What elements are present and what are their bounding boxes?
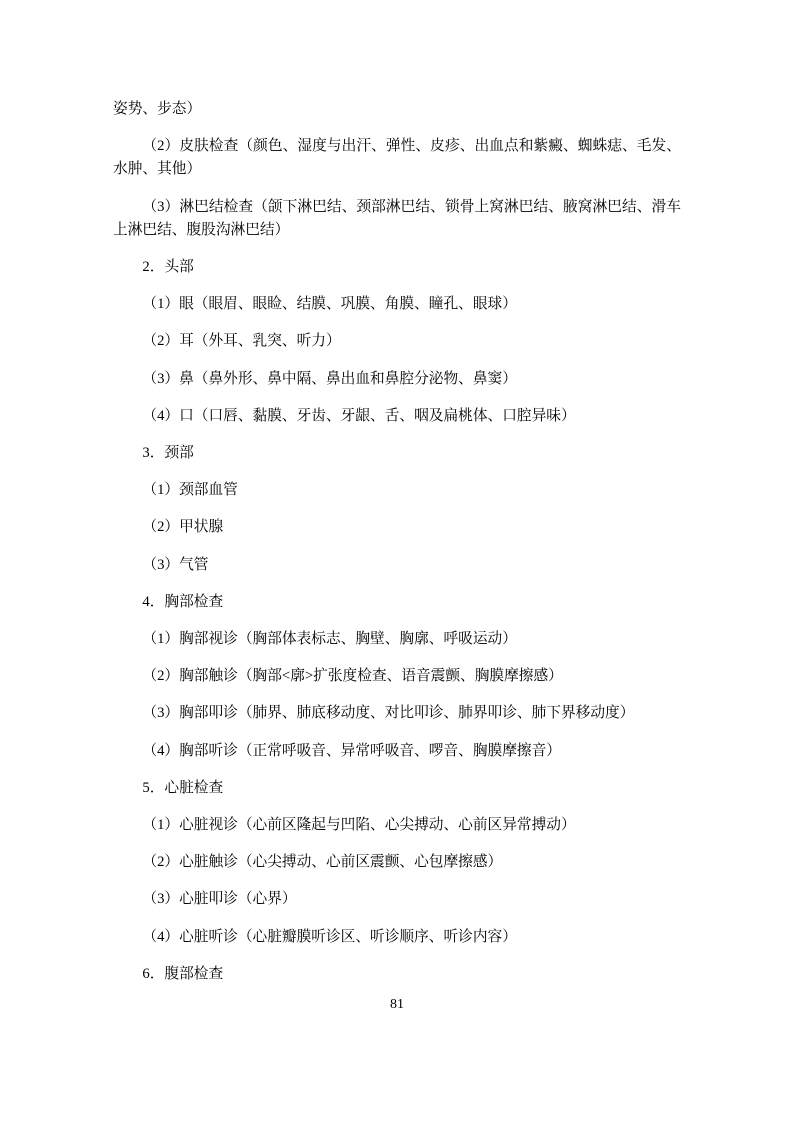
sub-item: （2）皮肤检查（颜色、湿度与出汗、弹性、皮疹、出血点和紫癜、蜘蛛痣、毛发、水肿、… <box>113 135 681 181</box>
section-heading: 4．胸部检查 <box>113 591 681 614</box>
page-footer: 81 <box>0 997 794 1013</box>
sub-item: （3）胸部叩诊（肺界、肺底移动度、对比叩诊、肺界叩诊、肺下界移动度） <box>113 702 681 725</box>
sub-item: （1）心脏视诊（心前区隆起与凹陷、心尖搏动、心前区异常搏动） <box>113 814 681 837</box>
sub-item: （3）心脏叩诊（心界） <box>113 888 681 911</box>
sub-item: （2）胸部触诊（胸部<廓>扩张度检查、语音震颤、胸膜摩擦感） <box>113 665 681 688</box>
sub-item: （3）气管 <box>113 554 681 577</box>
section-heading: 6．腹部检查 <box>113 963 681 986</box>
sub-item: （3）淋巴结检查（颌下淋巴结、颈部淋巴结、锁骨上窝淋巴结、腋窝淋巴结、滑车上淋巴… <box>113 196 681 242</box>
sub-item: （2）耳（外耳、乳突、听力） <box>113 330 681 353</box>
sub-item: （4）口（口唇、黏膜、牙齿、牙龈、舌、咽及扁桃体、口腔异味） <box>113 405 681 428</box>
sub-item: （2）甲状腺 <box>113 516 681 539</box>
sub-item: （4）胸部听诊（正常呼吸音、异常呼吸音、啰音、胸膜摩擦音） <box>113 740 681 763</box>
sub-item: （3）鼻（鼻外形、鼻中隔、鼻出血和鼻腔分泌物、鼻窦） <box>113 368 681 391</box>
continuation-line: 姿势、步态） <box>113 98 681 121</box>
page-number: 81 <box>390 997 404 1012</box>
sub-item: （4）心脏听诊（心脏瓣膜听诊区、听诊顺序、听诊内容） <box>113 926 681 949</box>
document-page-background: { "document": { "page_number": "81", "pa… <box>0 0 794 1123</box>
section-heading: 3．颈部 <box>113 442 681 465</box>
document-body: 姿势、步态）（2）皮肤检查（颜色、湿度与出汗、弹性、皮疹、出血点和紫癜、蜘蛛痣、… <box>113 98 681 986</box>
sub-item: （1）胸部视诊（胸部体表标志、胸壁、胸廓、呼吸运动） <box>113 628 681 651</box>
section-heading: 5．心脏检查 <box>113 777 681 800</box>
document-page: 姿势、步态）（2）皮肤检查（颜色、湿度与出汗、弹性、皮疹、出血点和紫癜、蜘蛛痣、… <box>0 0 794 1123</box>
sub-item: （1）颈部血管 <box>113 479 681 502</box>
section-heading: 2．头部 <box>113 256 681 279</box>
sub-item: （2）心脏触诊（心尖搏动、心前区震颤、心包摩擦感） <box>113 851 681 874</box>
sub-item: （1）眼（眼眉、眼睑、结膜、巩膜、角膜、瞳孔、眼球） <box>113 293 681 316</box>
